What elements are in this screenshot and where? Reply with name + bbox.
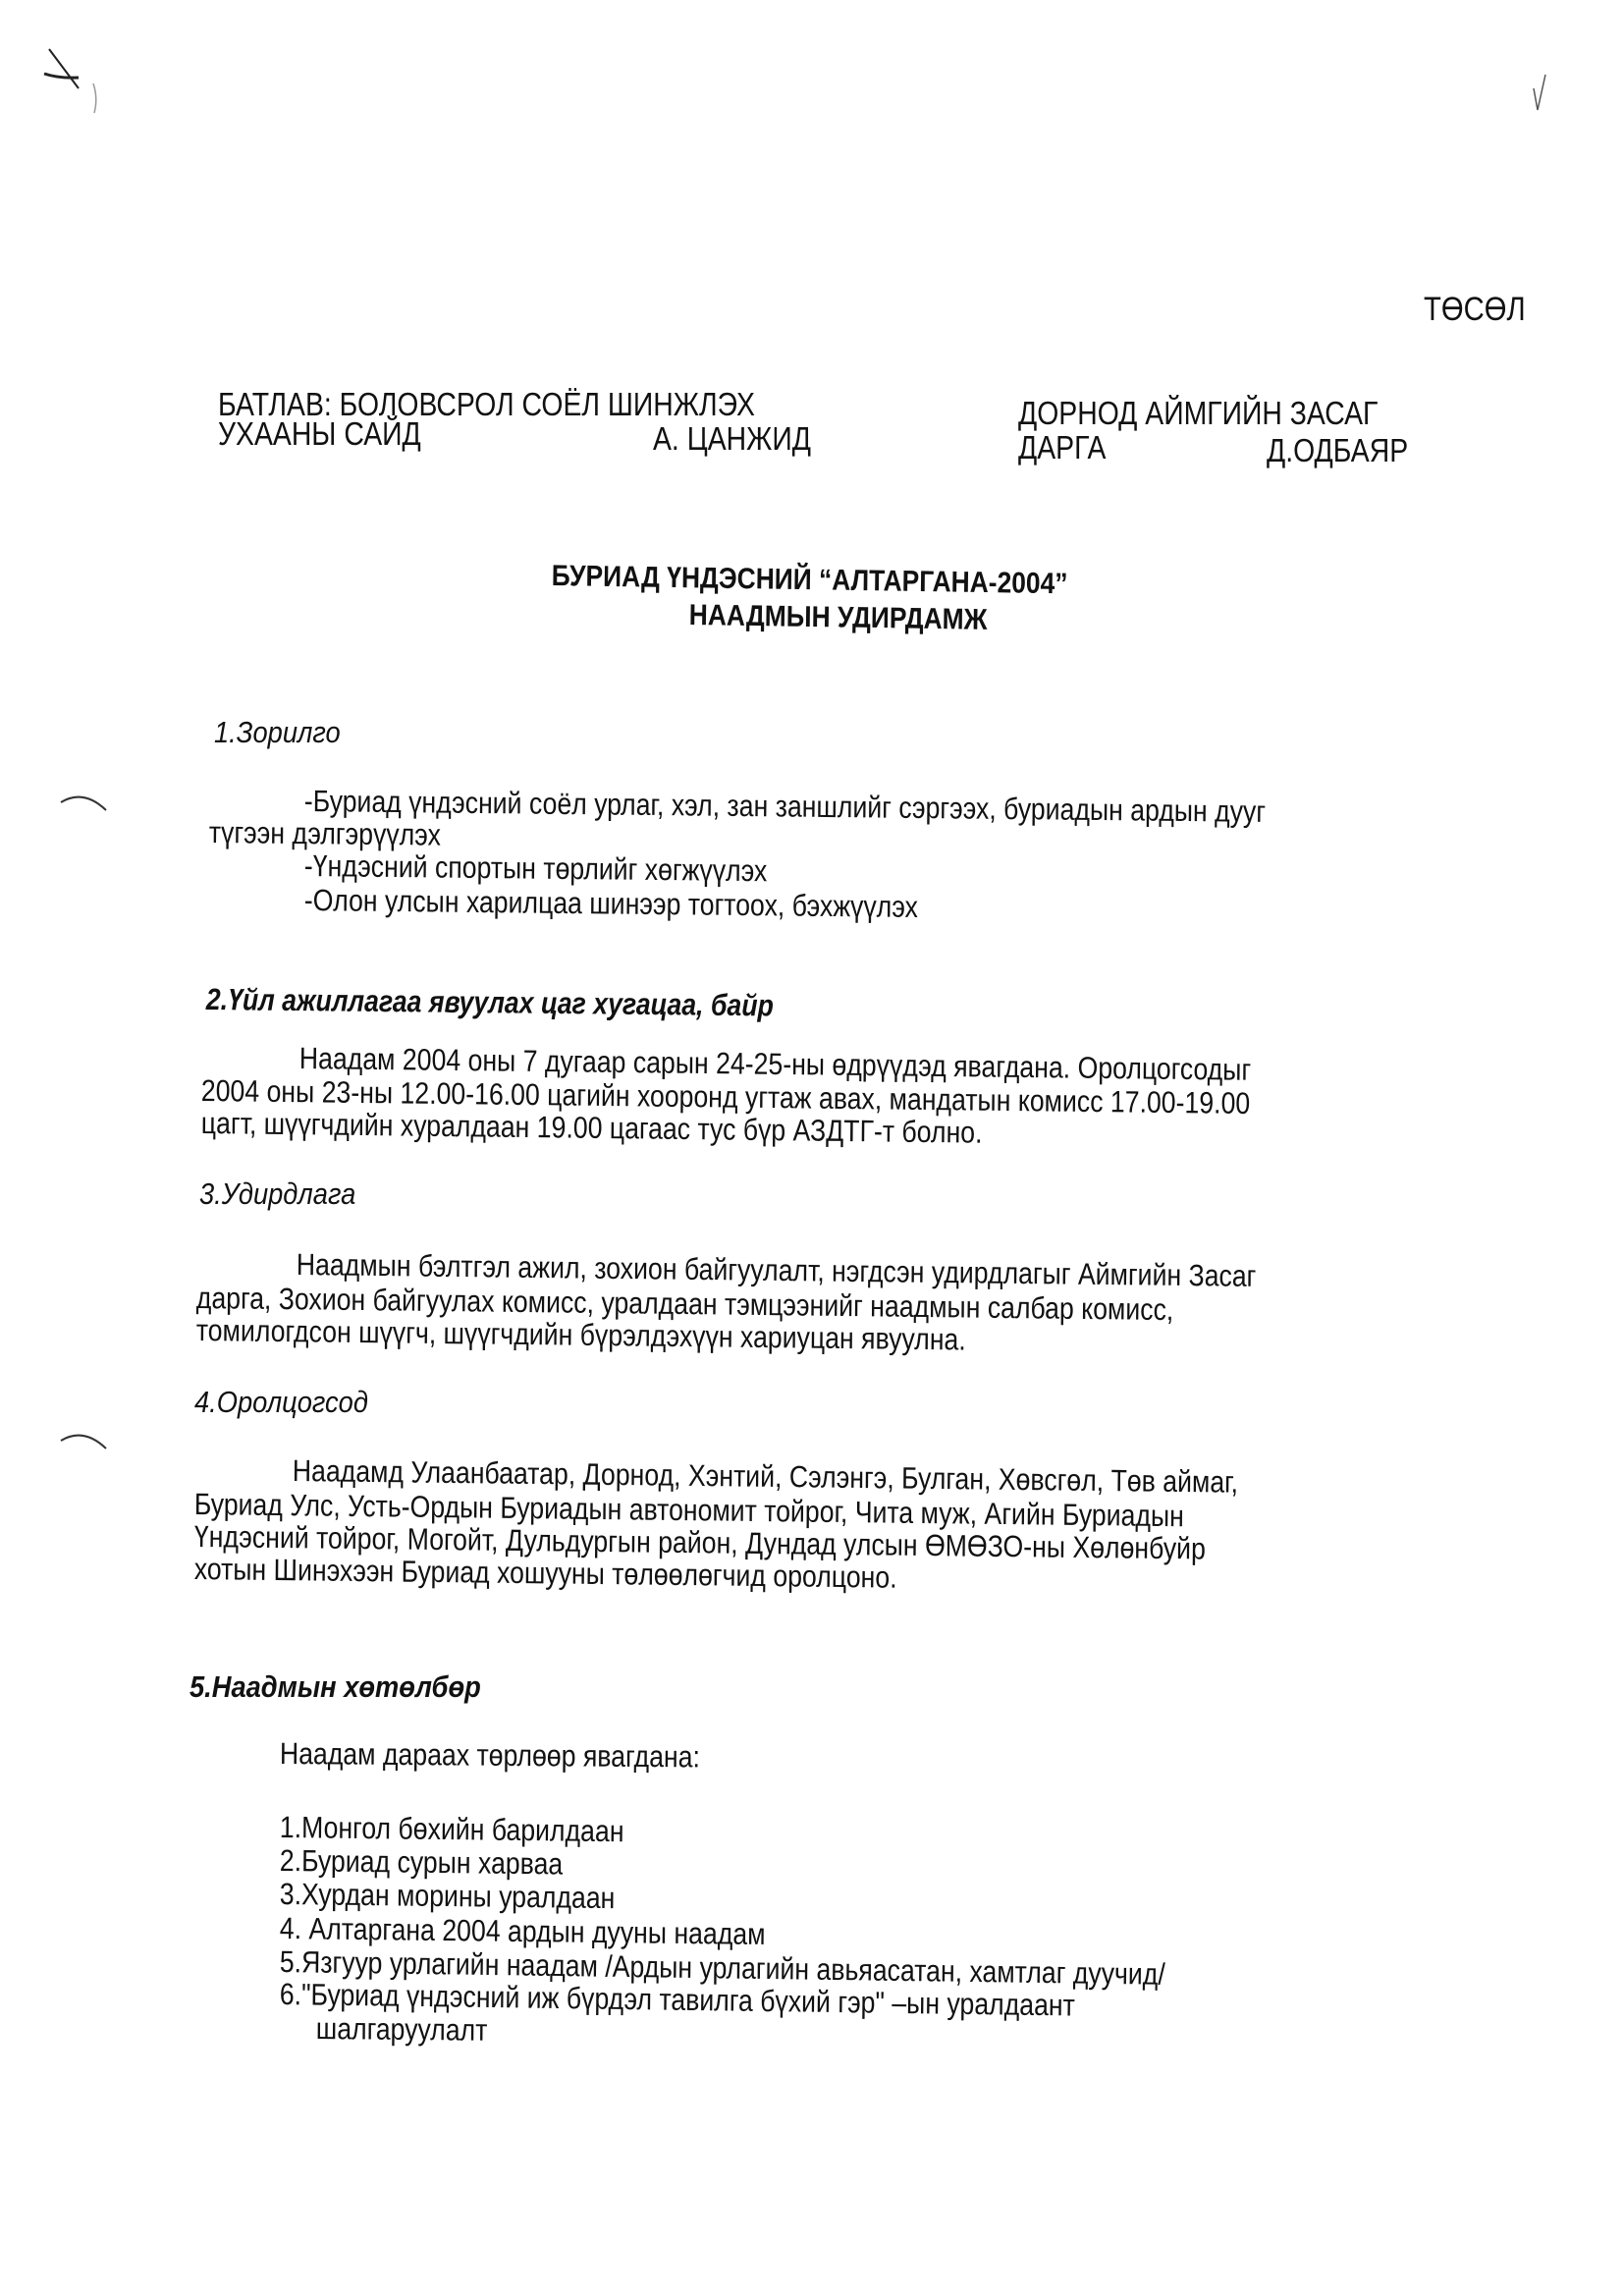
document-title-line2: НААДМЫН УДИРДАМЖ xyxy=(689,599,988,637)
section-heading-management: 3.Удирдлага xyxy=(199,1176,355,1212)
section-goal-line: -Үндэсний спортын төрлийг хөгжүүлэх xyxy=(304,850,768,886)
margin-arc-icon xyxy=(59,1429,118,1458)
section-goal-line: -Буриад үндэсний соёл урлаг, хэл, зан за… xyxy=(304,786,1266,827)
handwritten-check-mark-icon xyxy=(1532,69,1571,118)
section-heading-program: 5.Наадмын хөтөлбөр xyxy=(189,1669,481,1705)
section-heading-goal: 1.Зорилго xyxy=(214,715,341,750)
list-item: 2.Буриад сурын харваа xyxy=(280,1845,564,1880)
document-title-line1: БУРИАД ҮНДЭСНИЙ “АЛТАРГАНА-2004” xyxy=(552,560,1068,601)
section-heading-participants: 4.Оролцогсод xyxy=(194,1385,368,1420)
handwritten-x-mark-icon xyxy=(39,29,128,88)
approval-right-line1: ДОРНОД АЙМГИЙН ЗАСАГ xyxy=(1018,395,1378,432)
section-participants-line: хотын Шинэхээн Буриад хошууны төлөөлөгчи… xyxy=(194,1554,897,1593)
approval-right-title: ДАРГА xyxy=(1018,429,1106,466)
section-heading-time-place: 2.Үйл ажиллагаа явуулах цаг хугацаа, бай… xyxy=(206,982,774,1023)
section-program-intro: Наадам дараах төрлөөр явагдана: xyxy=(280,1738,700,1772)
section-management-line: томилогдсон шүүгч, шүүгчдийн бүрэлдэхүүн… xyxy=(196,1315,966,1355)
approval-left-title: УХААНЫ САЙД xyxy=(218,415,421,453)
draft-label: ТӨСӨЛ xyxy=(1424,293,1526,326)
approval-right-name: Д.ОДБАЯР xyxy=(1267,432,1408,469)
margin-arc-icon xyxy=(59,791,118,820)
approval-left-name: А. ЦАНЖИД xyxy=(653,420,811,458)
list-item: 4. Алтаргана 2004 ардын дууны наадам xyxy=(280,1913,766,1949)
section-time-line: цагт, шүүгчдийн хуралдаан 19.00 цагаас т… xyxy=(201,1108,983,1148)
section-goal-line: түгээн дэлгэрүүлэх xyxy=(209,817,441,850)
section-goal-line: -Олон улсын харилцаа шинээр тогтоох, бэх… xyxy=(304,885,918,922)
list-item: 1.Монгол бөхийн барилдаан xyxy=(280,1812,624,1846)
list-item: 3.Хурдан морины уралдаан xyxy=(280,1879,616,1913)
list-item: шалгаруулалт xyxy=(316,2013,488,2046)
